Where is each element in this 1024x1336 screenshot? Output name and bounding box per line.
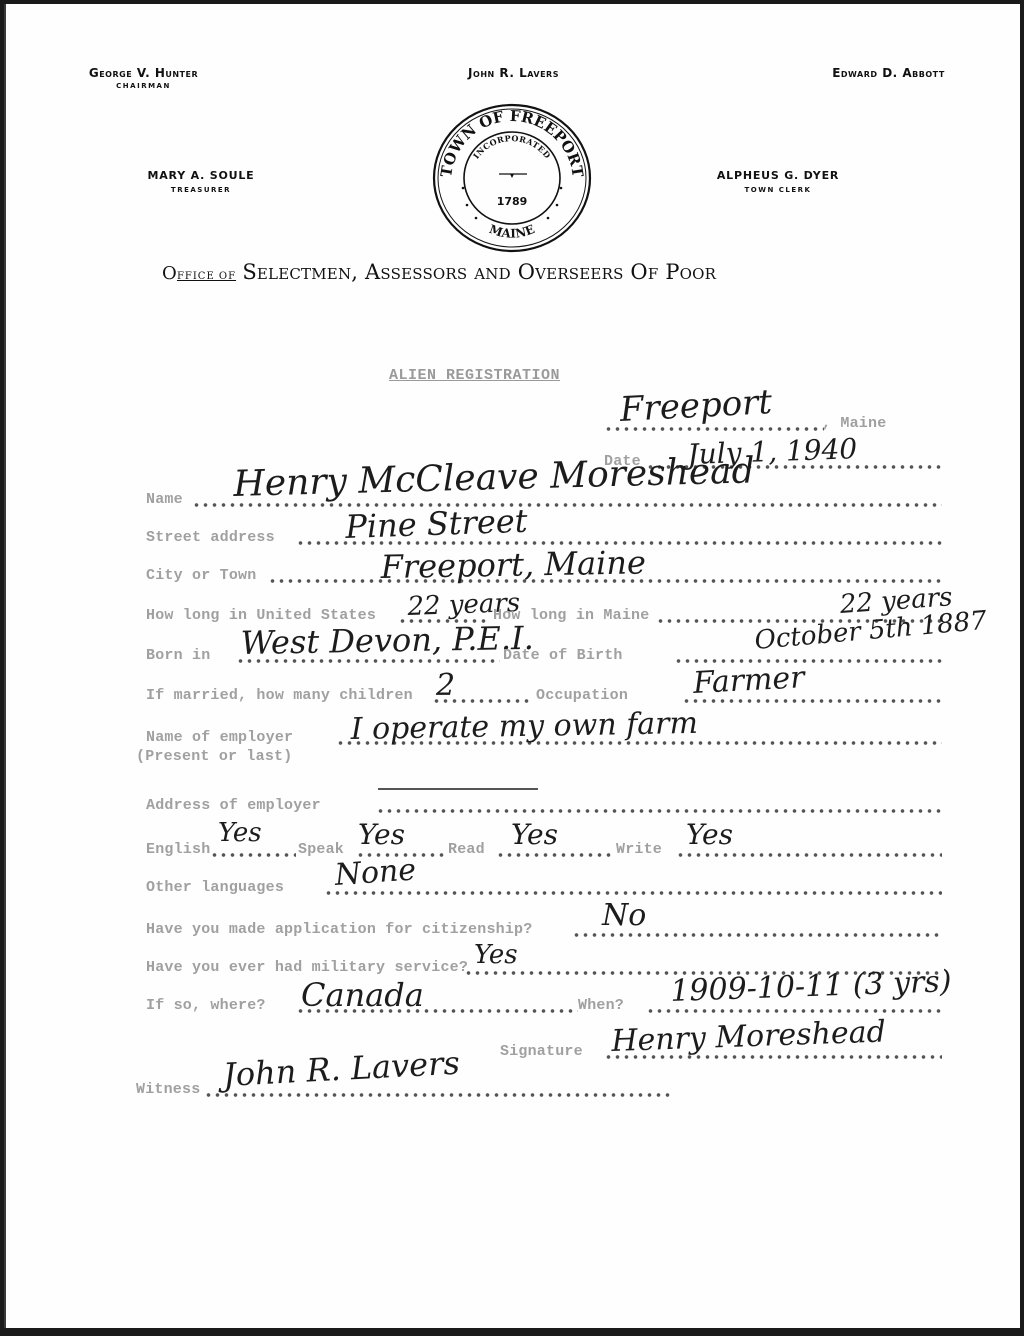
field-employer: Name of employer (Present or last) I ope… <box>6 726 1020 776</box>
field-town: , Maine Freeport <box>6 412 1020 442</box>
field-value-write[interactable]: Yes <box>686 818 733 851</box>
field-value[interactable]: Freeport <box>619 382 773 430</box>
field-value-where[interactable]: Canada <box>301 976 424 1014</box>
officer-town-clerk: ALPHEUS G. DYER TOWN CLERK <box>698 169 858 194</box>
field-signature: Signature Henry Moreshead <box>6 1040 1020 1070</box>
officer-treasurer: MARY A. SOULE TREASURER <box>126 169 276 194</box>
seal-year: 1789 <box>497 195 528 208</box>
field-birth: Born in West Devon, P.E.I. Date of Birth… <box>6 644 1020 674</box>
field-label: Speak <box>298 841 344 858</box>
field-suffix: , Maine <box>822 415 886 432</box>
field-value[interactable]: Yes <box>474 940 518 970</box>
ship-icon <box>499 174 527 178</box>
field-value-children[interactable]: 2 <box>436 668 455 703</box>
field-label: Name of employer <box>146 729 293 746</box>
field-value-born-in[interactable]: West Devon, P.E.I. <box>240 619 534 662</box>
field-label: Other languages <box>146 879 284 896</box>
field-label: Write <box>616 841 662 858</box>
officer-role: CHAIRMAN <box>56 82 231 90</box>
field-label: When? <box>578 997 624 1014</box>
field-other-languages: Other languages None <box>6 876 1020 906</box>
officer-name: MARY A. SOULE <box>126 169 276 182</box>
officer-name: John R. Lavers <box>431 66 596 80</box>
field-label: If married, how many children <box>146 687 413 704</box>
field-label: English <box>146 841 210 858</box>
field-label: Street address <box>146 529 275 546</box>
field-label: City or Town <box>146 567 256 584</box>
seal-inner-text: INCORPORATED <box>471 133 553 161</box>
field-value-occupation[interactable]: Farmer <box>692 660 805 701</box>
officer-role: TOWN CLERK <box>698 186 858 194</box>
strike-line <box>378 788 538 790</box>
field-value-read[interactable]: Yes <box>511 818 558 851</box>
field-english: English Yes Speak Yes Read Yes Write Yes <box>6 838 1020 868</box>
field-label: Date of Birth <box>503 647 623 664</box>
office-title: OFFICE OF Selectmen, Assessors and Overs… <box>162 260 882 284</box>
officer-name: Edward D. Abbott <box>796 66 981 80</box>
field-value[interactable]: Freeport, Maine <box>380 543 646 586</box>
officer-name: ALPHEUS G. DYER <box>698 169 858 182</box>
field-value[interactable]: Pine Street <box>345 502 529 546</box>
town-seal: TOWN OF FREEPORT INCORPORATED MAINE 1789 <box>431 102 593 254</box>
document-page: George V. Hunter CHAIRMAN John R. Lavers… <box>4 4 1020 1328</box>
officer-selectman-abbott: Edward D. Abbott <box>796 66 981 80</box>
field-label: Read <box>448 841 485 858</box>
officer-selectman-lavers: John R. Lavers <box>431 66 596 80</box>
form-title: ALIEN REGISTRATION <box>389 367 560 384</box>
field-label: Name <box>146 491 183 508</box>
field-value[interactable]: None <box>334 852 418 893</box>
field-witness: Witness John R. Lavers <box>6 1078 1020 1108</box>
officer-name: George V. Hunter <box>56 66 231 80</box>
field-label: Signature <box>500 1043 583 1060</box>
field-sublabel: (Present or last) <box>136 748 292 765</box>
field-value-speak[interactable]: Yes <box>358 818 405 851</box>
field-label: Address of employer <box>146 797 321 814</box>
seal-bottom-text: MAINE <box>487 222 536 241</box>
field-value-english[interactable]: Yes <box>218 818 262 848</box>
field-label: Born in <box>146 647 210 664</box>
field-label: Have you made application for citizenshi… <box>146 921 532 938</box>
officer-role: TREASURER <box>126 186 276 194</box>
field-value[interactable]: I operate my own farm <box>350 706 698 747</box>
field-label: Occupation <box>536 687 628 704</box>
field-label: If so, where? <box>146 997 266 1014</box>
field-label: Have you ever had military service? <box>146 959 468 976</box>
field-value[interactable]: No <box>602 898 646 933</box>
seal-outer-text: TOWN OF FREEPORT <box>437 107 587 179</box>
officer-chairman: George V. Hunter CHAIRMAN <box>56 66 231 90</box>
field-label: Witness <box>136 1081 200 1098</box>
